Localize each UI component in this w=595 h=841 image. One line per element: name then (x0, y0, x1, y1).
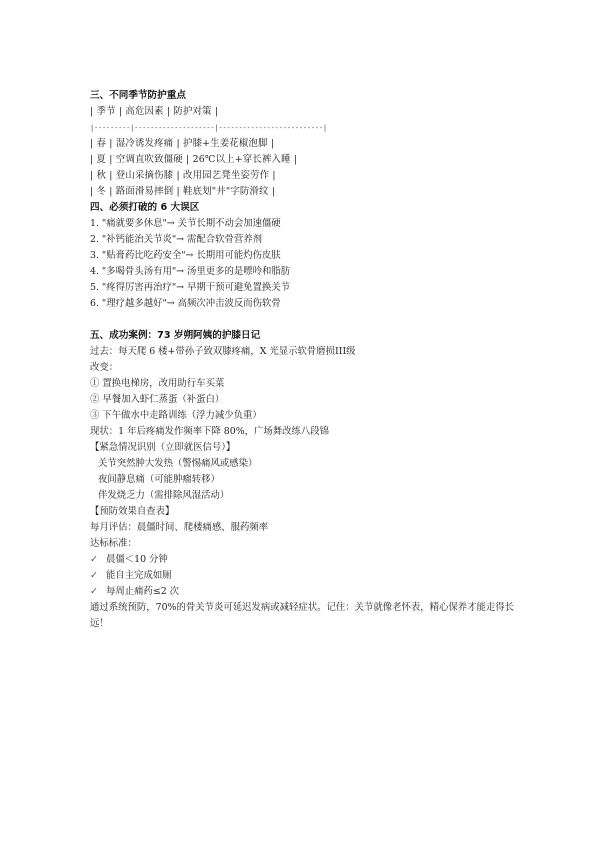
emergency-title: 【紧急情况识别（立即就医信号）】 (90, 440, 520, 456)
season-table-row-autumn: | 秋 | 登山采摘伤膝 | 改用园艺凳坐姿劳作 | (90, 168, 520, 184)
document-page: 三、不同季节防护重点 | 季节 | 高危因素 | 防护对策 | |-------… (90, 88, 520, 632)
selfcheck-item: ✓晨僵＜10 分钟 (90, 552, 520, 568)
myth-item: 5. "疼得厉害再治疗"→ 早期干预可避免置换关节 (90, 280, 520, 296)
case-past: 过去：每天爬 6 楼+带孙子致双膝疼痛，X 光显示软骨磨损III级 (90, 344, 520, 360)
case-change-item: ③ 下午做水中走路训练（浮力减少负重） (90, 408, 520, 424)
blank-line (90, 312, 520, 328)
season-table-header: | 季节 | 高危因素 | 防护对策 | (90, 104, 520, 120)
myth-item: 6. "理疗越多越好"→ 高频次冲击波反而伤软骨 (90, 296, 520, 312)
selfcheck-standard-label: 达标标准： (90, 536, 520, 552)
emergency-item: 关节突然肿大发热（警惕痛风或感染） (90, 456, 520, 472)
myth-item: 1. "痛就要多休息"→ 关节长期不动会加速僵硬 (90, 216, 520, 232)
check-mark-icon: ✓ (90, 552, 106, 568)
selfcheck-item: ✓每周止痛药≤2 次 (90, 584, 520, 600)
myth-item: 4. "多喝骨头汤有用"→ 汤里更多的是嘌呤和脂肪 (90, 264, 520, 280)
emergency-item: 伴发烧乏力（需排除风湿活动） (90, 488, 520, 504)
case-change-label: 改变： (90, 360, 520, 376)
selfcheck-item-text: 每周止痛药≤2 次 (106, 586, 179, 597)
case-change-item: ② 早餐加入虾仁蒸蛋（补蛋白） (90, 392, 520, 408)
check-mark-icon: ✓ (90, 584, 106, 600)
emergency-item: 夜间静息痛（可能肿瘤转移） (90, 472, 520, 488)
section-4-heading: 四、必须打破的 6 大误区 (90, 200, 520, 216)
selfcheck-item-text: 能自主完成如厕 (106, 570, 172, 581)
selfcheck-item: ✓能自主完成如厕 (90, 568, 520, 584)
check-mark-icon: ✓ (90, 568, 106, 584)
case-change-item: ① 置换电梯房，改用助行车买菜 (90, 376, 520, 392)
season-table-row-spring: | 春 | 湿冷诱发疼痛 | 护膝+生姜花椒泡脚 | (90, 136, 520, 152)
myth-item: 2. "补钙能治关节炎"→ 需配合软骨营养剂 (90, 232, 520, 248)
season-table-row-summer: | 夏 | 空调直吹致僵硬 | 26℃以上+穿长裤入睡 | (90, 152, 520, 168)
case-status: 现状：1 年后疼痛发作频率下降 80%，广场舞改练八段锦 (90, 424, 520, 440)
section-3-heading: 三、不同季节防护重点 (90, 88, 520, 104)
selfcheck-monthly: 每月评估：晨僵时间、爬楼痛感、服药频率 (90, 520, 520, 536)
myth-item: 3. "贴膏药比吃药安全"→ 长期用可能灼伤皮肤 (90, 248, 520, 264)
season-table-row-winter: | 冬 | 路面滑易摔倒 | 鞋底划"井"字防滑纹 | (90, 184, 520, 200)
selfcheck-title: 【预防效果自查表】 (90, 504, 520, 520)
conclusion-paragraph: 通过系统预防，70%的骨关节炎可延迟发病或减轻症状。记住：关节就像老怀表，精心保… (90, 600, 518, 632)
season-table-divider: |---------|--------------------|--------… (90, 120, 520, 136)
section-5-heading: 五、成功案例：73 岁朔阿姨的护膝日记 (90, 328, 520, 344)
selfcheck-item-text: 晨僵＜10 分钟 (106, 554, 168, 565)
